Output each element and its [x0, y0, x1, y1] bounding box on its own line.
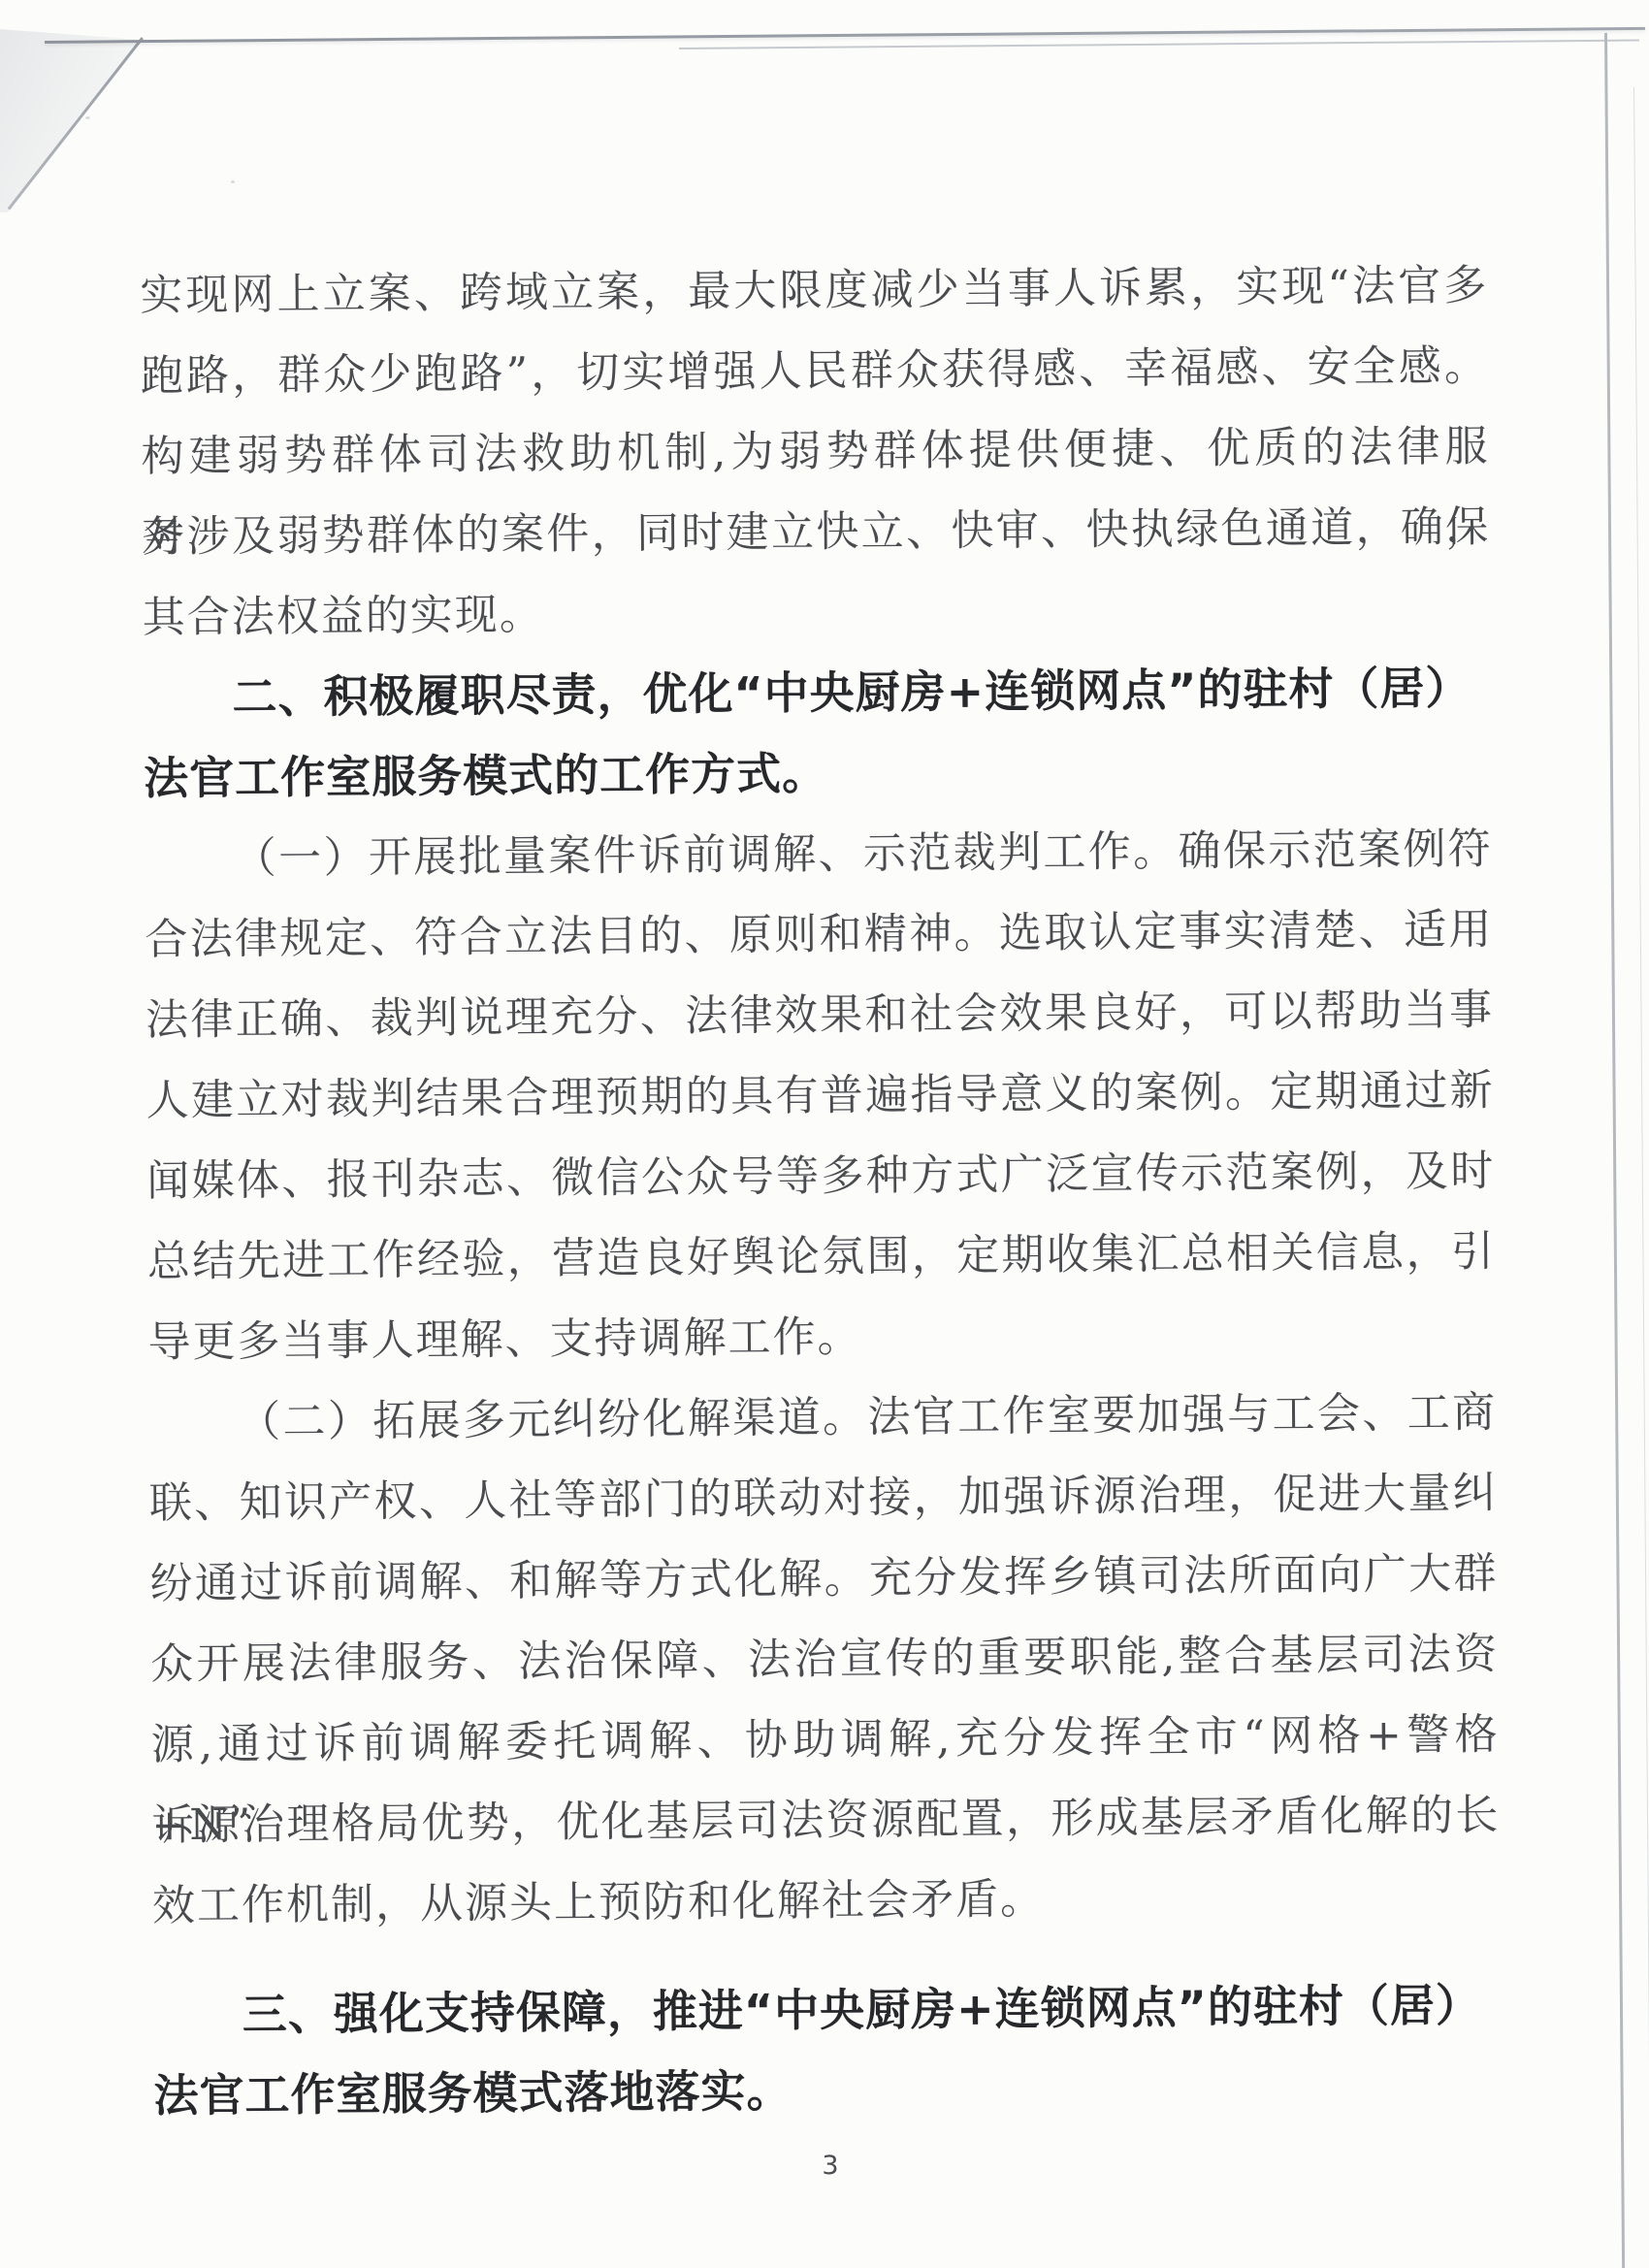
text-line: 合法律规定、符合立法目的、原则和精神。选取认定事实清楚、适用 [145, 890, 1494, 981]
text-line: 导更多当事人理解、支持调解工作。 [147, 1292, 1497, 1383]
text-line: 总结先进工作经验，营造良好舆论氛围，定期收集汇总相关信息，引 [147, 1212, 1497, 1303]
text-line: 众开展法律服务、法治保障、法治宣传的重要职能,整合基层司法资 [150, 1614, 1500, 1705]
page-number: 3 [811, 2140, 850, 2192]
text-line: 联、知识产权、人社等部门的联动对接，加强诉源治理，促进大量纠 [149, 1453, 1499, 1544]
section-heading-3-line-2: 法官工作室服务模式落地落实。 [153, 2046, 1503, 2137]
text-line: （一）开展批量案件诉前调解、示范裁判工作。确保示范案例符 [144, 809, 1493, 900]
scanned-page: 实现网上立案、跨域立案，最大限度减少当事人诉累，实现“法官多 跑路，群众少跑路”… [0, 0, 1649, 2268]
document-body: 实现网上立案、跨域立案，最大限度减少当事人诉累，实现“法官多 跑路，群众少跑路”… [140, 245, 1503, 2137]
text-line: 跑路，群众少跑路”，切实增强人民群众获得感、幸福感、安全感。 [141, 326, 1490, 417]
section-heading-3-line-1: 三、强化支持保障，推进“中央厨房+连锁网点”的驻村（居） [153, 1965, 1503, 2057]
text-line: 实现网上立案、跨域立案，最大限度减少当事人诉累，实现“法官多 [140, 245, 1489, 337]
text-line: 法律正确、裁判说理充分、法律效果和社会效果良好，可以帮助当事 [145, 970, 1495, 1061]
page-right-edge-faint [1633, 87, 1649, 2268]
text-line: 源,通过诉前调解委托调解、协助调解,充分发挥全市“网格+警格+N” [150, 1695, 1500, 1786]
scan-speck [231, 180, 235, 183]
text-line: （二）拓展多元纠纷化解渠道。法官工作室要加强与工会、工商 [148, 1373, 1498, 1464]
text-line: 人建立对裁判结果合理预期的具有普遍指导意义的案例。定期通过新 [145, 1051, 1495, 1142]
text-line: 纷通过诉前调解、和解等方式化解。充分发挥乡镇司法所面向广大群 [149, 1534, 1499, 1625]
section-heading-2-line-1: 二、积极履职尽责，优化“中央厨房+连锁网点”的驻村（居） [143, 648, 1492, 739]
section-heading-2-line-2: 法官工作室服务模式的工作方式。 [144, 729, 1493, 820]
scan-speck [85, 116, 90, 119]
text-line: 诉源治理格局优势，优化基层司法资源配置，形成基层矛盾化解的长 [151, 1775, 1501, 1866]
text-line: 闻媒体、报刊杂志、微信公众号等多种方式广泛宣传示范案例，及时 [146, 1131, 1496, 1222]
text-line: 对涉及弱势群体的案件，同时建立快立、快审、快执绿色通道，确保 [142, 487, 1491, 578]
text-line: 构建弱势群体司法救助机制,为弱势群体提供便捷、优质的法律服务， [141, 406, 1490, 498]
page-top-edge-faint [679, 40, 1639, 49]
page-right-edge [1604, 33, 1625, 2268]
text-line: 效工作机制，从源头上预防和化解社会矛盾。 [152, 1856, 1502, 1947]
text-line: 其合法权益的实现。 [143, 567, 1492, 659]
